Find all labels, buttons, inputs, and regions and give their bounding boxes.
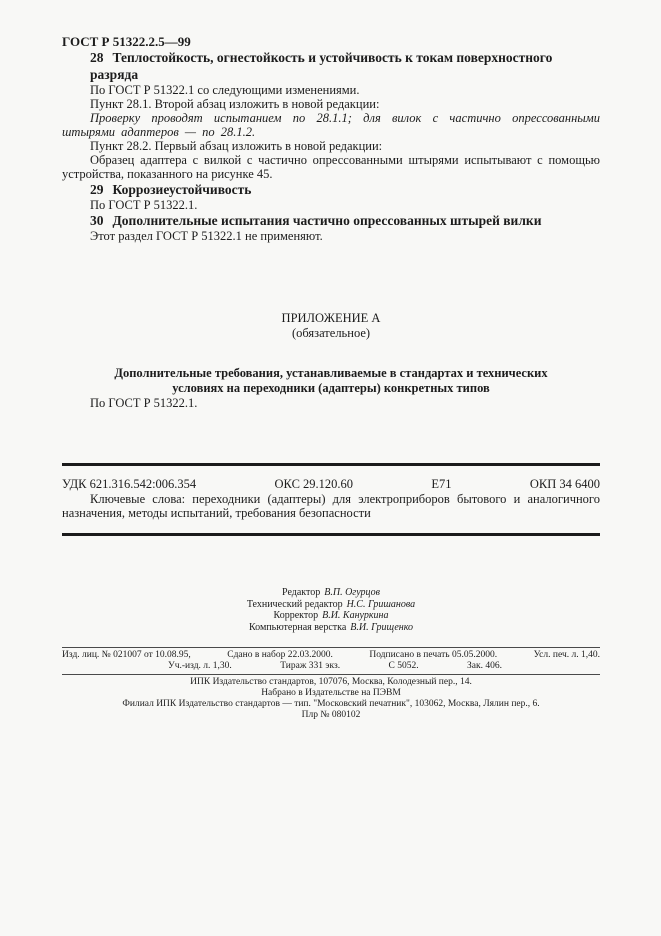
paragraph: Пункт 28.2. Первый абзац изложить в ново… [62, 139, 600, 153]
divider-thick-top [62, 463, 600, 466]
editor-role: Технический редактор [247, 599, 343, 610]
doc-number: ГОСТ Р 51322.2.5—99 [62, 34, 600, 49]
publisher-line-3: Филиал ИПК Издательство стандартов — тип… [62, 699, 600, 710]
publisher-line-2: Набрано в Издательстве на ПЭВМ [62, 688, 600, 699]
publisher-line-1: ИПК Издательство стандартов, 107076, Мос… [62, 677, 600, 688]
section-29-number: 29 [90, 182, 104, 197]
section-28-title: Теплостойкость, огнестойкость и устойчив… [90, 50, 552, 82]
editor-row: Технический редакторН.С. Гришанова [62, 599, 600, 611]
editor-name: В.И. Грищенко [350, 622, 413, 633]
group-code: Е71 [431, 477, 451, 492]
editor-row: РедакторВ.П. Огурцов [62, 587, 600, 599]
document-page: ГОСТ Р 51322.2.5—99 28Теплостойкость, ог… [0, 0, 661, 936]
section-28-number: 28 [90, 50, 104, 65]
section-30-heading: 30Дополнительные испытания частично опре… [62, 212, 600, 229]
section-30-title: Дополнительные испытания частично опресс… [113, 213, 542, 228]
okp-code: ОКП 34 6400 [530, 477, 600, 492]
imprint-row-2: Уч.-изд. л. 1,30. Тираж 331 экз. С 5052.… [62, 661, 600, 672]
imprint-typeset-date: Сдано в набор 22.03.2000. [227, 650, 333, 661]
imprint-order-number: Зак. 406. [467, 661, 502, 672]
paragraph: Образец адаптера с вилкой с частично опр… [62, 153, 600, 181]
imprint-row-1: Изд. лиц. № 021007 от 10.08.95, Сдано в … [62, 650, 600, 661]
paragraph: По ГОСТ Р 51322.1. [62, 198, 600, 212]
imprint-license: Изд. лиц. № 021007 от 10.08.95, [62, 650, 191, 661]
keywords-paragraph: Ключевые слова: переходники (адаптеры) д… [62, 492, 600, 520]
italic-note-paragraph: Проверку проводят испытанием по 28.1.1; … [62, 111, 600, 139]
appendix-body: По ГОСТ Р 51322.1. [62, 396, 600, 410]
paragraph: По ГОСТ Р 51322.1 со следующими изменени… [62, 83, 600, 97]
section-29-title: Коррозиеустойчивость [113, 182, 252, 197]
divider-thick-bottom [62, 533, 600, 536]
editor-name: В.И. Кануркина [322, 610, 388, 621]
imprint-block: Изд. лиц. № 021007 от 10.08.95, Сдано в … [62, 650, 600, 671]
imprint-sheets: Усл. печ. л. 1,40. [534, 650, 600, 661]
editor-name: Н.С. Гришанова [347, 599, 416, 610]
publisher-block: ИПК Издательство стандартов, 107076, Мос… [62, 677, 600, 721]
editor-name: В.П. Огурцов [324, 587, 380, 598]
oks-code: ОКС 29.120.60 [275, 477, 354, 492]
imprint-c-number: С 5052. [389, 661, 419, 672]
udk-code: УДК 621.316.542:006.354 [62, 477, 196, 492]
editor-row: Компьютерная версткаВ.И. Грищенко [62, 622, 600, 634]
appendix-title: Дополнительные требования, устанавливаем… [91, 366, 571, 396]
appendix-label: ПРИЛОЖЕНИЕ А [62, 311, 600, 326]
editors-block: РедакторВ.П. Огурцов Технический редакто… [62, 587, 600, 633]
divider-thin-bottom [62, 674, 600, 675]
section-29-heading: 29Коррозиеустойчивость [62, 181, 600, 198]
imprint-circulation: Тираж 331 экз. [280, 661, 340, 672]
divider-thin-top [62, 647, 600, 648]
editor-row: КорректорВ.И. Кануркина [62, 610, 600, 622]
appendix-sublabel: (обязательное) [62, 326, 600, 341]
paragraph: Пункт 28.1. Второй абзац изложить в ново… [62, 97, 600, 111]
editor-role: Редактор [282, 587, 320, 598]
editor-role: Корректор [274, 610, 319, 621]
classification-row: УДК 621.316.542:006.354 ОКС 29.120.60 Е7… [62, 477, 600, 492]
section-30-number: 30 [90, 213, 104, 228]
section-28-heading: 28Теплостойкость, огнестойкость и устойч… [62, 49, 600, 83]
imprint-print-date: Подписано в печать 05.05.2000. [369, 650, 497, 661]
imprint-ed-sheets: Уч.-изд. л. 1,30. [168, 661, 232, 672]
editor-role: Компьютерная верстка [249, 622, 346, 633]
publisher-line-4: Плр № 080102 [62, 710, 600, 721]
paragraph: Этот раздел ГОСТ Р 51322.1 не применяют. [62, 229, 600, 243]
